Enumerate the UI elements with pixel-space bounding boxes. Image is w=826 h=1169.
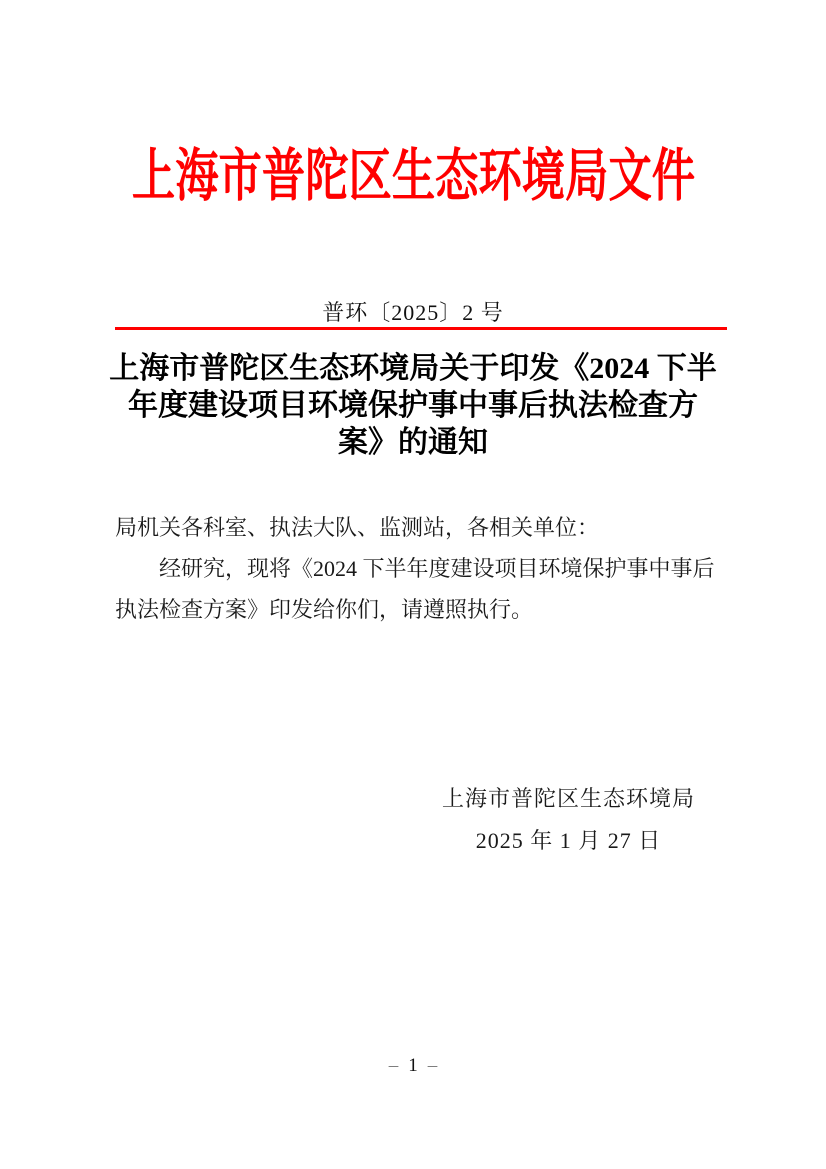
heading-line-2: 年度建设项目环境保护事中事后执法检查方 — [88, 387, 738, 424]
signature-block: 上海市普陀区生态环境局 2025 年 1 月 27 日 — [442, 778, 695, 862]
document-heading: 上海市普陀区生态环境局关于印发《2024 下半 年度建设项目环境保护事中事后执法… — [88, 350, 738, 461]
footer-left-dash: – — [389, 1055, 399, 1076]
paragraph-line-2: 执法检查方案》印发给你们，请遵照执行。 — [115, 589, 731, 630]
footer-page-number: 1 — [408, 1055, 418, 1076]
page-number-footer: –1– — [0, 1055, 826, 1077]
heading-line-1: 上海市普陀区生态环境局关于印发《2024 下半 — [88, 350, 738, 387]
salutation-line: 局机关各科室、执法大队、监测站，各相关单位： — [115, 507, 731, 548]
issuing-organ: 上海市普陀区生态环境局 — [442, 778, 695, 820]
issue-date: 2025 年 1 月 27 日 — [442, 820, 695, 862]
paragraph-line-1: 经研究，现将《2024 下半年度建设项目环境保护事中事后 — [115, 548, 731, 589]
document-body: 局机关各科室、执法大队、监测站，各相关单位： 经研究，现将《2024 下半年度建… — [115, 507, 731, 630]
document-page: 上海市普陀区生态环境局文件 普环〔2025〕2 号 上海市普陀区生态环境局关于印… — [0, 0, 826, 1169]
footer-right-dash: – — [428, 1055, 438, 1076]
document-number: 普环〔2025〕2 号 — [0, 296, 826, 327]
red-masthead-title: 上海市普陀区生态环境局文件 — [131, 146, 694, 209]
heading-line-3: 案》的通知 — [88, 424, 738, 461]
red-divider-line — [115, 327, 727, 330]
red-masthead: 上海市普陀区生态环境局文件 — [0, 146, 826, 209]
